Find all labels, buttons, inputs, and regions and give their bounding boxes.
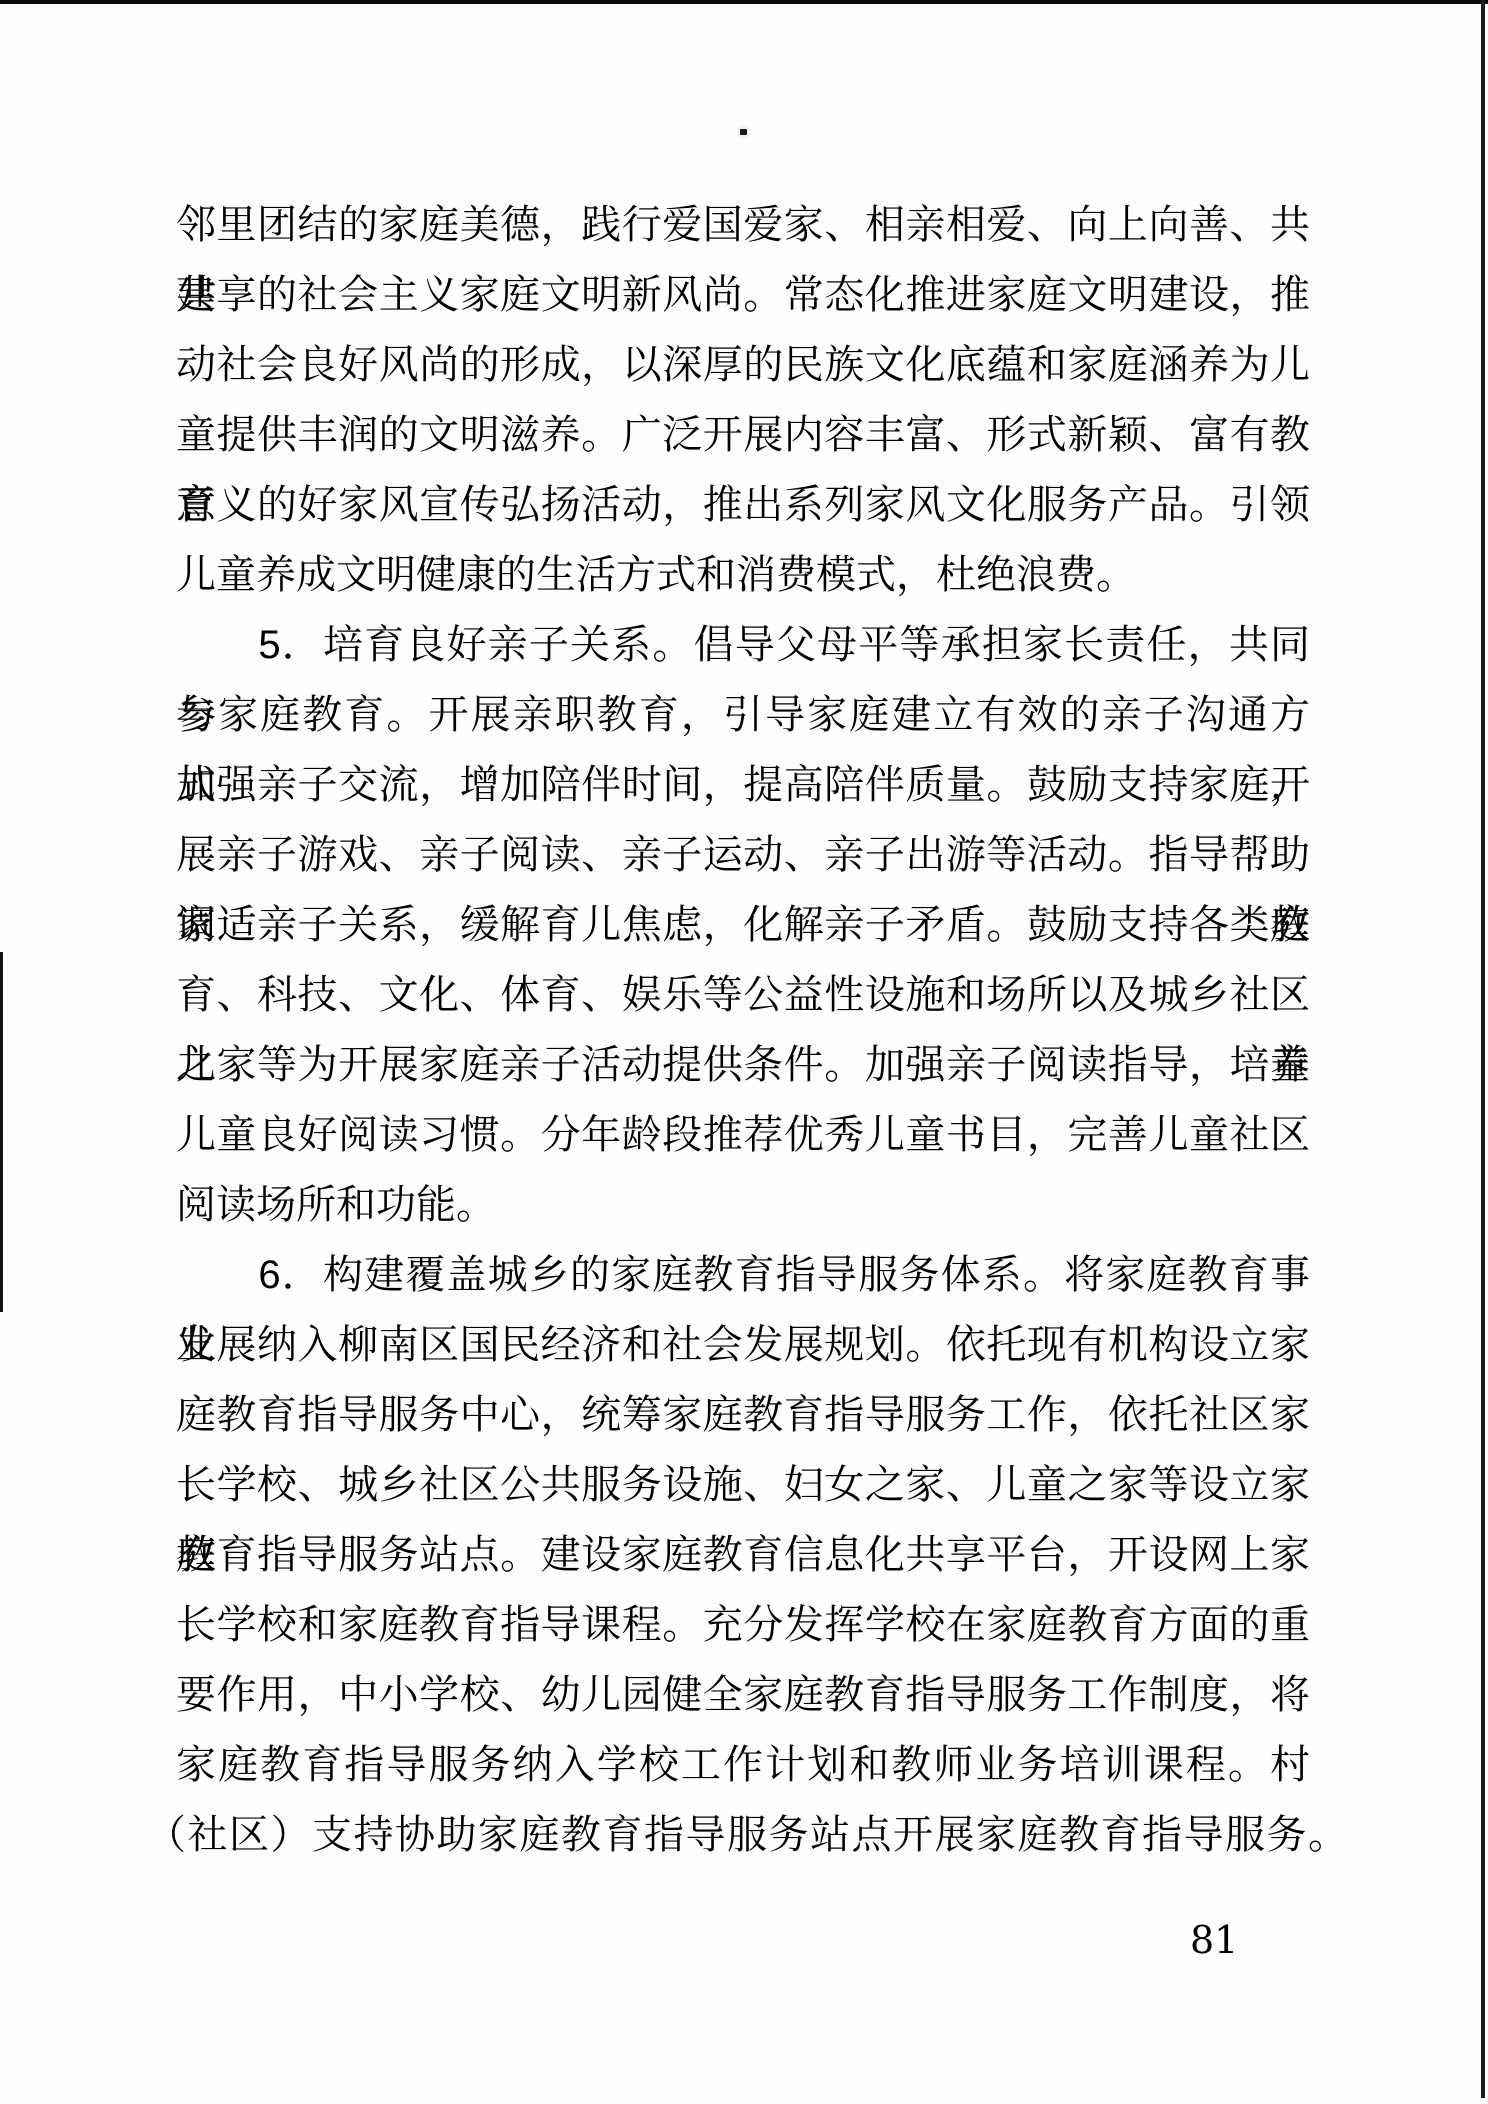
text-line: （社区）支持协助家庭教育指导服务站点开展家庭教育指导服务。 — [146, 1800, 1310, 1870]
text-line: 教育指导服务站点。建设家庭教育信息化共享平台，开设网上家 — [176, 1520, 1310, 1590]
text-line: 长学校和家庭教育指导课程。充分发挥学校在家庭教育方面的重 — [176, 1590, 1310, 1660]
text-line: 5．培育良好亲子关系。倡导父母平等承担家长责任，共同参 — [176, 610, 1310, 680]
text-line: 长学校、城乡社区公共服务设施、妇女之家、儿童之家等设立家庭 — [176, 1450, 1310, 1520]
ink-speck-artifact — [740, 129, 747, 135]
text-line: 庭教育指导服务中心，统筹家庭教育指导服务工作，依托社区家 — [176, 1380, 1310, 1450]
text-line: 展亲子游戏、亲子阅读、亲子运动、亲子出游等活动。指导帮助家庭 — [176, 820, 1310, 890]
text-line: 儿童养成文明健康的生活方式和消费模式，杜绝浪费。 — [176, 540, 1310, 610]
text-line: 之家等为开展家庭亲子活动提供条件。加强亲子阅读指导，培养 — [176, 1030, 1310, 1100]
text-line: 动社会良好风尚的形成，以深厚的民族文化底蕴和家庭涵养为儿 — [176, 330, 1310, 400]
document-text: 邻里团结的家庭美德，践行爱国爱家、相亲相爱、向上向善、共建共享的社会主义家庭文明… — [176, 190, 1310, 1870]
text-line: 与家庭教育。开展亲职教育，引导家庭建立有效的亲子沟通方式， — [176, 680, 1310, 750]
text-line: 加强亲子交流，增加陪伴时间，提高陪伴质量。鼓励支持家庭开 — [176, 750, 1310, 820]
text-line: 意义的好家风宣传弘扬活动，推出系列家风文化服务产品。引领 — [176, 470, 1310, 540]
text-line: 要作用，中小学校、幼儿园健全家庭教育指导服务工作制度，将 — [176, 1660, 1310, 1730]
text-line: 邻里团结的家庭美德，践行爱国爱家、相亲相爱、向上向善、共建 — [176, 190, 1310, 260]
text-line: 调适亲子关系，缓解育儿焦虑，化解亲子矛盾。鼓励支持各类教 — [176, 890, 1310, 960]
text-line: 儿童良好阅读习惯。分年龄段推荐优秀儿童书目，完善儿童社区 — [176, 1100, 1310, 1170]
text-line: 童提供丰润的文明滋养。广泛开展内容丰富、形式新颖、富有教育 — [176, 400, 1310, 470]
scan-right-border — [1481, 0, 1485, 2098]
scan-top-border — [0, 0, 1488, 4]
text-line: 育、科技、文化、体育、娱乐等公益性设施和场所以及城乡社区儿童 — [176, 960, 1310, 1030]
text-line: 6．构建覆盖城乡的家庭教育指导服务体系。将家庭教育事业 — [176, 1240, 1310, 1310]
page-number: 81 — [1190, 1916, 1238, 1964]
text-line: 共享的社会主义家庭文明新风尚。常态化推进家庭文明建设，推 — [176, 260, 1310, 330]
text-line: 家庭教育指导服务纳入学校工作计划和教师业务培训课程。村 — [176, 1730, 1310, 1800]
scan-left-border — [0, 952, 3, 1312]
document-page: 邻里团结的家庭美德，践行爱国爱家、相亲相爱、向上向善、共建共享的社会主义家庭文明… — [0, 0, 1488, 2104]
text-line: 阅读场所和功能。 — [176, 1170, 1310, 1240]
text-line: 发展纳入柳南区国民经济和社会发展规划。依托现有机构设立家 — [176, 1310, 1310, 1380]
